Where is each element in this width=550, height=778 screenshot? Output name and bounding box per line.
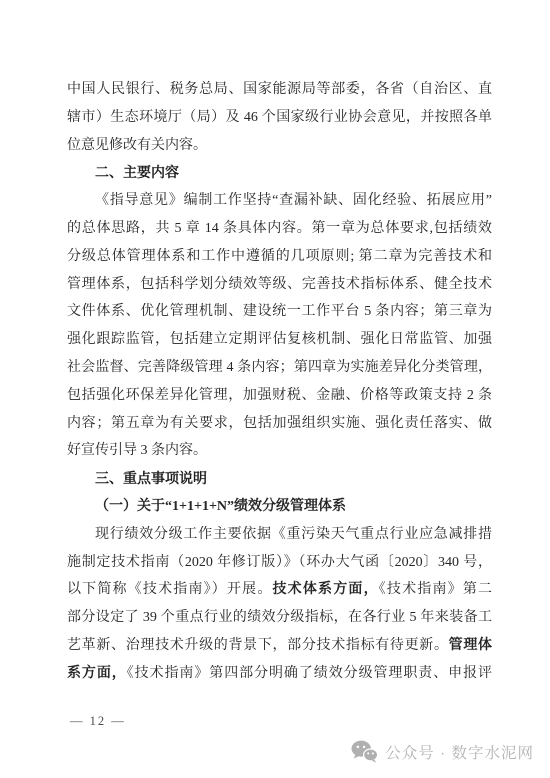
body-line: 文件体系、优化管理机制、建设统一工作平台 5 条内容；第三章为 <box>67 298 492 326</box>
body-line: 位意见修改有关内容。 <box>67 132 492 160</box>
body-line: 以下简称《技术指南》）开展。技术体系方面，《技术指南》第二 <box>67 576 492 604</box>
body-line: 系方面，《技术指南》第四部分明确了绩效分级管理职责、申报评 <box>67 660 492 688</box>
body-segment: 以下简称《技术指南》）开展。 <box>67 582 273 597</box>
body-line: 内容；第五章为有关要求，包括加强组织实施、强化责任落实、做 <box>67 410 492 438</box>
body-line: 施制定技术指南（2020 年修订版）》（环办大气函〔2020〕340 号， <box>67 549 492 577</box>
body-segment-bold: 管理体 <box>449 638 492 653</box>
section-heading-key-items: 三、重点事项说明 <box>67 465 492 493</box>
body-segment: 《技术指南》第二 <box>379 582 492 597</box>
body-line: 《指导意见》编制工作坚持“查漏补缺、固化经验、拓展应用” <box>67 187 492 215</box>
body-segment: 艺革新、治理技术升级的背景下，部分技术指标有待更新。 <box>67 638 449 653</box>
section-heading-main-content: 二、主要内容 <box>67 159 492 187</box>
body-line: 管理体系，包括科学划分绩效等级、完善技术指标体系、健全技术 <box>67 271 492 299</box>
body-line: 包括强化环保差异化管理，加强财税、金融、价格等政策支持 2 条 <box>67 382 492 410</box>
body-segment-bold: 技术体系方面， <box>273 582 379 597</box>
subsection-heading-1111n: （一）关于“1+1+1+N”绩效分级管理体系 <box>67 493 492 521</box>
wechat-icon <box>351 740 378 763</box>
body-line: 好宣传引导 3 条内容。 <box>67 437 492 465</box>
body-line: 的总体思路，共 5 章 14 条具体内容。第一章为总体要求,包括绩效 <box>67 215 492 243</box>
body-segment: 《技术指南》第四部分明确了绩效分级管理职责、申报评 <box>127 666 492 681</box>
watermark: 公众号 · 数字水泥网 <box>351 740 534 763</box>
watermark-label: 公众号 · 数字水泥网 <box>385 741 534 763</box>
page-number: — 12 — <box>70 714 126 729</box>
body-line: 艺革新、治理技术升级的背景下，部分技术指标有待更新。管理体 <box>67 632 492 660</box>
body-line: 现行绩效分级工作主要依据《重污染天气重点行业应急减排措 <box>67 521 492 549</box>
body-segment-bold: 系方面， <box>67 666 127 681</box>
document-body: 中国人民银行、税务总局、国家能源局等部委，各省（自治区、直 辖市）生态环境厅（局… <box>67 76 492 688</box>
body-line: 部分设定了 39 个重点行业的绩效分级指标，在各行业 5 年来装备工 <box>67 604 492 632</box>
body-line: 中国人民银行、税务总局、国家能源局等部委，各省（自治区、直 <box>67 76 492 104</box>
body-line: 强化跟踪监管，包括建立定期评估复核机制、强化日常监管、加强 <box>67 326 492 354</box>
body-line: 分级总体管理体系和工作中遵循的几项原则; 第二章为完善技术和 <box>67 243 492 271</box>
body-line: 社会监督、完善降级管理 4 条内容；第四章为实施差异化分类管理， <box>67 354 492 382</box>
body-line: 辖市）生态环境厅（局）及 46 个国家级行业协会意见，并按照各单 <box>67 104 492 132</box>
